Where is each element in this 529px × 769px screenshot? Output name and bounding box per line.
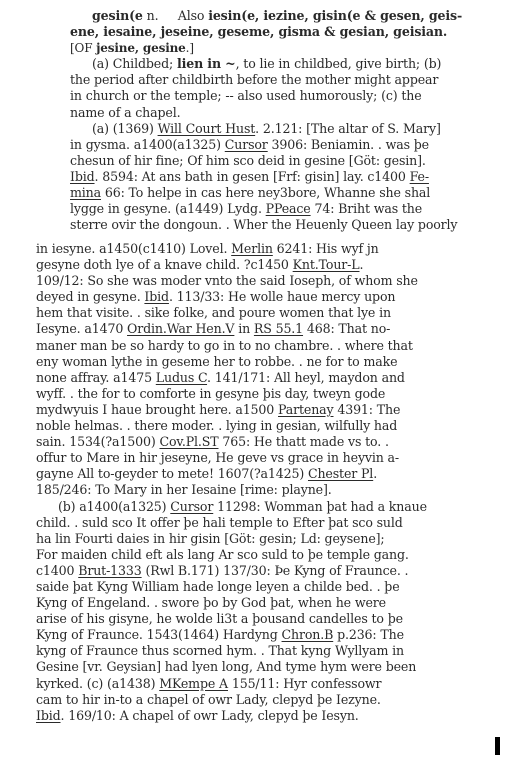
quotation-line: offur to Mare in hir jeseyne, He geve vs… (36, 450, 427, 466)
quotation-text: wyff. . the for to comforte in gesyne þi… (36, 386, 385, 401)
quotation-text: 468: That no- (303, 321, 390, 336)
quotation-text: . 8594: At ans bath in gesen [Frf: gisin… (95, 169, 410, 184)
quotation-text: child. . suld sco It offer þe hali templ… (36, 515, 403, 530)
quotation-line: 185/246: To Mary in her Iesaine [rime: p… (36, 482, 427, 498)
definition-text: (a) Childbed; (92, 56, 177, 71)
quotation-line: in gysma. a1400(a1325) Cursor 3906: Beni… (70, 137, 462, 153)
quotation-line: Kyng of Fraunce. 1543(1464) Hardyng Chro… (36, 627, 427, 643)
quotation-line: mina 66: To helpe in cas here ney3bore, … (70, 185, 462, 201)
source-citation-link[interactable]: MKempe A (159, 676, 228, 691)
quotation-line: (a) (1369) Will Court Hust. 2.121: [The … (70, 121, 462, 137)
quotation-text: p.236: The (333, 627, 404, 642)
quotation-text: . 141/171: All heyl, maydon and (207, 370, 405, 385)
quotation-text: kyrked. (c) (a1438) (36, 676, 159, 691)
quotation-text: cam to hir in-to a chapel of owr Lady, c… (36, 692, 381, 707)
quotation-text: 66: To helpe in cas here ney3bore, Whann… (101, 185, 430, 200)
quotation-line: Ibid. 8594: At ans bath in gesen [Frf: g… (70, 169, 462, 185)
quotation-line: maner man be so hardy to go in to no cha… (36, 338, 427, 354)
quotation-line: wyff. . the for to comforte in gesyne þi… (36, 386, 427, 402)
quotation-text: 4391: The (333, 402, 400, 417)
etymology-close: .] (186, 41, 194, 55)
source-citation-link[interactable]: PPeace (266, 201, 311, 216)
quotation-line: cam to hir in-to a chapel of owr Lady, c… (36, 692, 427, 708)
source-citation-link[interactable]: Partenay (278, 402, 333, 417)
quotation-text: (a) (1369) (92, 121, 158, 136)
quotation-text: 11298: Womman þat had a knaue (213, 499, 427, 514)
quotation-text: arise of his gisyne, he wolde li3t a þou… (36, 611, 403, 626)
also-label: Also (178, 8, 205, 23)
quotation-line: Kyng of Engeland. . swore þo by God þat,… (36, 595, 427, 611)
quotation-line: kyrked. (c) (a1438) MKempe A 155/11: Hyr… (36, 676, 427, 692)
entry-header-block: gesin(e n. Also iesin(e, iezine, gisin(e… (70, 8, 462, 233)
variant-forms: iesin(e, iezine, gisin(e & gesen, geis- (208, 8, 462, 23)
quotation-text: 3906: Beniamin. . was þe (268, 137, 429, 152)
quotation-line: 109/12: So she was moder vnto the said I… (36, 273, 427, 289)
quotation-text: hem that visite. . sike folke, and poure… (36, 305, 391, 320)
quotation-text: chesun of hir fine; Of him sco deid in g… (70, 153, 426, 168)
quotation-text: in iesyne. a1450(c1410) Lovel. (36, 241, 231, 256)
source-citation-link[interactable]: Ordin.War Hen.V (127, 321, 234, 336)
definition-line: (a) Childbed; lien in ~, to lie in child… (70, 56, 462, 72)
definition-line: the period after childbirth before the m… (70, 72, 462, 88)
quotation-text: (Rwl B.171) 137/30: Þe Kyng of Fraunce. … (142, 563, 409, 578)
quotation-text: maner man be so hardy to go in to no cha… (36, 338, 413, 353)
definition-line: in church or the temple; -- also used hu… (70, 88, 462, 104)
quotation-text: Kyng of Fraunce. 1543(1464) Hardyng (36, 627, 282, 642)
source-citation-link[interactable]: Cursor (170, 499, 213, 514)
source-citation-link[interactable]: Chron.B (282, 627, 334, 642)
variant-forms-continued: ene, iesaine, jeseine, geseme, gisma & g… (70, 24, 462, 40)
quotation-line: For maiden child eft als lang Ar sco sul… (36, 547, 427, 563)
quotation-text: (b) a1400(a1325) (58, 499, 170, 514)
quotation-text: mydwyuis I haue brought here. a1500 (36, 402, 278, 417)
quotation-text: . (360, 257, 364, 272)
quotation-line: Ibid. 169/10: A chapel of owr Lady, clep… (36, 708, 427, 724)
quotation-line: hem that visite. . sike folke, and poure… (36, 305, 427, 321)
quotation-text: 185/246: To Mary in her Iesaine [rime: p… (36, 482, 332, 497)
source-citation-link[interactable]: Merlin (231, 241, 273, 256)
quotation-text: in gysma. a1400(a1325) (70, 137, 225, 152)
quotation-text: 74: Briht was the (311, 201, 422, 216)
source-citation-link[interactable]: Ibid (36, 708, 61, 723)
text-cursor (495, 737, 500, 755)
quotation-line: c1400 Brut-1333 (Rwl B.171) 137/30: Þe K… (36, 563, 427, 579)
quotation-text: sain. 1534(?a1500) (36, 434, 159, 449)
quotation-text: eny woman lythe in geseme her to robbe. … (36, 354, 397, 369)
source-citation-link[interactable]: Cov.Pl.ST (159, 434, 218, 449)
definition-text: , to lie in childbed, give birth; (b) (236, 56, 442, 71)
headword-line: gesin(e n. Also iesin(e, iezine, gisin(e… (70, 8, 462, 24)
quotation-text: gayne All to-geyder to mete! 1607(?a1425… (36, 466, 308, 481)
quotation-text: 155/11: Hyr confessowr (228, 676, 381, 691)
quotation-text: saide þat Kyng William hade longe leyen … (36, 579, 400, 594)
quotation-line: (b) a1400(a1325) Cursor 11298: Womman þa… (36, 499, 427, 515)
quotations-top: (a) (1369) Will Court Hust. 2.121: [The … (70, 121, 462, 234)
quotation-line: arise of his gisyne, he wolde li3t a þou… (36, 611, 427, 627)
quotation-text: kyng of Fraunce thus scorned hym. . That… (36, 643, 404, 658)
source-citation-link[interactable]: Cursor (225, 137, 268, 152)
quotation-line: lygge in gesyne. (a1449) Lydg. PPeace 74… (70, 201, 462, 217)
etymology: [OF jesine, gesine.] (70, 40, 462, 56)
quotation-line: mydwyuis I haue brought here. a1500 Part… (36, 402, 427, 418)
quotation-text: offur to Mare in hir jeseyne, He geve vs… (36, 450, 399, 465)
quotation-line: Iesyne. a1470 Ordin.War Hen.V in RS 55.1… (36, 321, 427, 337)
source-citation-link[interactable]: Ludus C (156, 370, 207, 385)
quotation-line: ha lin Fourti daies in hir gisin [Göt: g… (36, 531, 427, 547)
quotation-text: c1400 (36, 563, 78, 578)
quotation-text: 109/12: So she was moder vnto the said I… (36, 273, 418, 288)
quotation-text: lygge in gesyne. (a1449) Lydg. (70, 201, 266, 216)
source-citation-link[interactable]: Chester Pl (308, 466, 373, 481)
quotation-line: noble helmas. . there moder. . lying in … (36, 418, 427, 434)
quotation-line: none affray. a1475 Ludus C. 141/171: All… (36, 370, 427, 386)
quotation-text: gesyne doth lye of a knave child. ?c1450 (36, 257, 293, 272)
phrase-lien-in: lien in ~ (177, 56, 236, 71)
source-citation-link[interactable]: Will Court Hust (158, 121, 256, 136)
quotations-bottom: in iesyne. a1450(c1410) Lovel. Merlin 62… (36, 241, 427, 724)
quotation-text: sterre ovir the dongoun. . Wher the Heue… (70, 217, 457, 232)
quotation-text: 765: He thatt made vs to. . (219, 434, 389, 449)
quotation-text: 6241: His wyf jn (273, 241, 379, 256)
source-citation-link[interactable]: Fe- (410, 169, 429, 184)
quotation-line: deyed in gesyne. Ibid. 113/33: He wolle … (36, 289, 427, 305)
quotation-text: Iesyne. a1470 (36, 321, 127, 336)
quotation-text: . 169/10: A chapel of owr Lady, clepyd þ… (61, 708, 359, 723)
quotation-line: gayne All to-geyder to mete! 1607(?a1425… (36, 466, 427, 482)
quotation-line: sain. 1534(?a1500) Cov.Pl.ST 765: He tha… (36, 434, 427, 450)
quotation-text: . 113/33: He wolle haue mercy upon (169, 289, 395, 304)
quotation-text: none affray. a1475 (36, 370, 156, 385)
quotation-text: Gesine [vr. Geysian] had lyen long, And … (36, 659, 416, 674)
definition-line: name of a chapel. (70, 105, 462, 121)
quotation-text: ha lin Fourti daies in hir gisin [Göt: g… (36, 531, 384, 546)
quotation-line: in iesyne. a1450(c1410) Lovel. Merlin 62… (36, 241, 427, 257)
quotation-line: child. . suld sco It offer þe hali templ… (36, 515, 427, 531)
quotation-text: noble helmas. . there moder. . lying in … (36, 418, 397, 433)
etymology-open: [OF (70, 41, 96, 55)
quotation-text: . (373, 466, 377, 481)
quotation-line: gesyne doth lye of a knave child. ?c1450… (36, 257, 427, 273)
source-citation-link[interactable]: Ibid (144, 289, 169, 304)
quotation-text: . 2.121: [The altar of S. Mary] (255, 121, 441, 136)
source-citation-link[interactable]: Knt.Tour-L (293, 257, 360, 272)
source-citation-link[interactable]: RS 55.1 (254, 321, 303, 336)
part-of-speech: n. (147, 8, 159, 23)
quotation-text: Kyng of Engeland. . swore þo by God þat,… (36, 595, 386, 610)
source-citation-link[interactable]: Ibid (70, 169, 95, 184)
quotation-line: saide þat Kyng William hade longe leyen … (36, 579, 427, 595)
source-citation-link[interactable]: mina (70, 185, 101, 200)
quotation-line: sterre ovir the dongoun. . Wher the Heue… (70, 217, 462, 233)
quotation-line: chesun of hir fine; Of him sco deid in g… (70, 153, 462, 169)
etymology-forms: jesine, gesine (96, 41, 186, 55)
quotation-text: deyed in gesyne. (36, 289, 144, 304)
quotation-line: kyng of Fraunce thus scorned hym. . That… (36, 643, 427, 659)
quotation-line: eny woman lythe in geseme her to robbe. … (36, 354, 427, 370)
headword: gesin(e (92, 8, 143, 23)
quotation-text: in (234, 321, 254, 336)
quotation-text: For maiden child eft als lang Ar sco sul… (36, 547, 409, 562)
source-citation-link[interactable]: Brut-1333 (78, 563, 141, 578)
quotation-line: Gesine [vr. Geysian] had lyen long, And … (36, 659, 427, 675)
